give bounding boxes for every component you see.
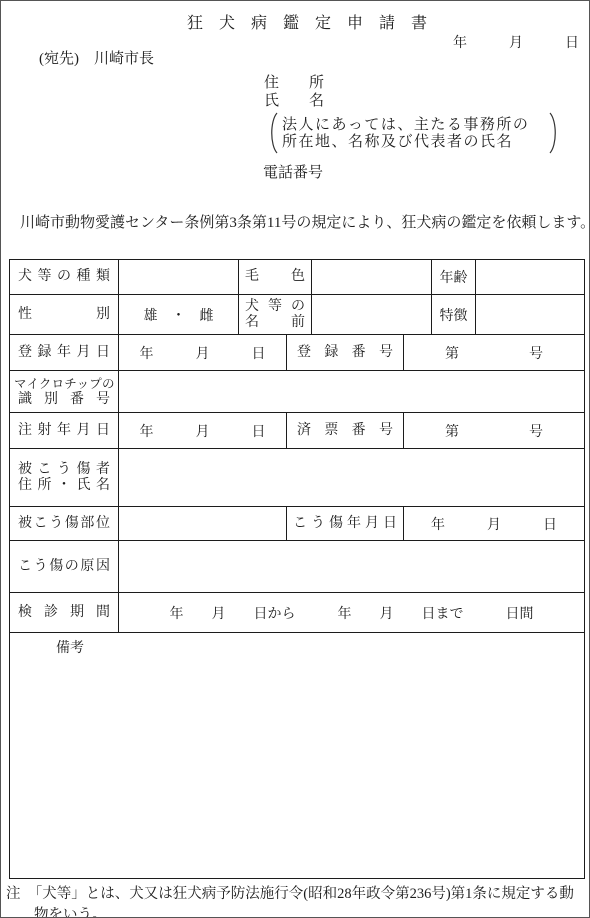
age-label: 年齢	[432, 260, 476, 295]
table-row: マイクロチップの 識別番号	[10, 371, 585, 413]
bite-victim-label-line1: 被こう傷者	[10, 462, 118, 478]
bite-part-label: 被こう傷部位	[10, 507, 119, 541]
application-form-page: 狂犬病鑑定申請書 年 月 日 (宛先) 川崎市長 住 所 氏 名 法人にあっては…	[0, 0, 590, 918]
dog-name-label-line1: 犬等の	[239, 299, 311, 315]
microchip-value-cell	[119, 371, 585, 413]
footnote-line2: 物をいう。	[34, 903, 107, 918]
registration-number-value: 第 号	[404, 335, 585, 371]
exam-period-label: 検診期間	[10, 593, 119, 633]
phone-label: 電話番号	[263, 161, 323, 182]
coat-color-label: 毛色	[239, 260, 312, 295]
injection-date-label: 注射年月日	[10, 413, 119, 449]
species-value-cell	[119, 260, 239, 295]
table-row: 被こう傷部位 こう傷年月日 年 月 日	[10, 507, 585, 541]
request-sentence: 川崎市動物愛護センター条例第3条第11号の規定により、狂犬病の鑑定を依頼します。	[20, 211, 590, 232]
species-label: 犬等の種類	[10, 260, 119, 295]
table-row: 性別 雄 ・ 雌 犬等の 名前 特徴	[10, 295, 585, 335]
bite-victim-label: 被こう傷者 住所・氏名	[10, 449, 119, 507]
age-value-cell	[476, 260, 585, 295]
dog-name-value-cell	[312, 295, 432, 335]
corporate-note-open-bracket-icon	[267, 112, 279, 154]
bite-victim-value-cell	[119, 449, 585, 507]
page-title: 狂犬病鑑定申請書	[187, 10, 443, 33]
table-row: 被こう傷者 住所・氏名	[10, 449, 585, 507]
table-row: 犬等の種類 毛色 年齢	[10, 260, 585, 295]
bite-cause-label: こう傷の原因	[10, 541, 119, 593]
registration-date-label: 登録年月日	[10, 335, 119, 371]
table-row: 備考	[10, 633, 585, 879]
table-row: こう傷の原因	[10, 541, 585, 593]
corporate-note-line2: 所在地、名称及び代表者の氏名	[282, 130, 513, 151]
microchip-label-line1: マイクロチップの	[10, 376, 118, 392]
form-table: 犬等の種類 毛色 年齢 性別 雄 ・ 雌 犬等の 名前 特徴 登録年月日 年 月…	[9, 259, 585, 879]
name-label: 氏 名	[264, 89, 324, 110]
exam-period-value: 年 月 日から 年 月 日まで 日間	[119, 593, 585, 633]
registration-number-label: 登録番号	[287, 335, 404, 371]
dog-name-label: 犬等の 名前	[239, 295, 312, 335]
microchip-label-line2: 識別番号	[10, 392, 118, 408]
table-row: 検診期間 年 月 日から 年 月 日まで 日間	[10, 593, 585, 633]
bite-date-label: こう傷年月日	[287, 507, 404, 541]
certificate-number-label: 済票番号	[287, 413, 404, 449]
sex-options: 雄 ・ 雌	[119, 295, 239, 335]
registration-date-value: 年 月 日	[119, 335, 287, 371]
footnote-line1: 注 「犬等」とは、犬又は狂犬病予防法施行令(昭和28年政令第236号)第1条に規…	[6, 882, 574, 903]
certificate-number-value: 第 号	[404, 413, 585, 449]
feature-label: 特徴	[432, 295, 476, 335]
bite-part-value-cell	[119, 507, 287, 541]
microchip-label: マイクロチップの 識別番号	[10, 371, 119, 413]
dog-name-label-line2: 名前	[239, 315, 311, 331]
bite-date-value: 年 月 日	[404, 507, 585, 541]
bite-cause-value-cell	[119, 541, 585, 593]
addressee-line: (宛先) 川崎市長	[39, 47, 154, 68]
table-row: 登録年月日 年 月 日 登録番号 第 号	[10, 335, 585, 371]
corporate-note-close-bracket-icon	[548, 112, 560, 154]
coat-color-value-cell	[312, 260, 432, 295]
feature-value-cell	[476, 295, 585, 335]
sex-label: 性別	[10, 295, 119, 335]
bite-victim-label-line2: 住所・氏名	[10, 478, 118, 494]
injection-date-value: 年 月 日	[119, 413, 287, 449]
table-row: 注射年月日 年 月 日 済票番号 第 号	[10, 413, 585, 449]
remarks-cell: 備考	[10, 633, 585, 879]
header-date-line: 年 月 日	[453, 32, 579, 52]
